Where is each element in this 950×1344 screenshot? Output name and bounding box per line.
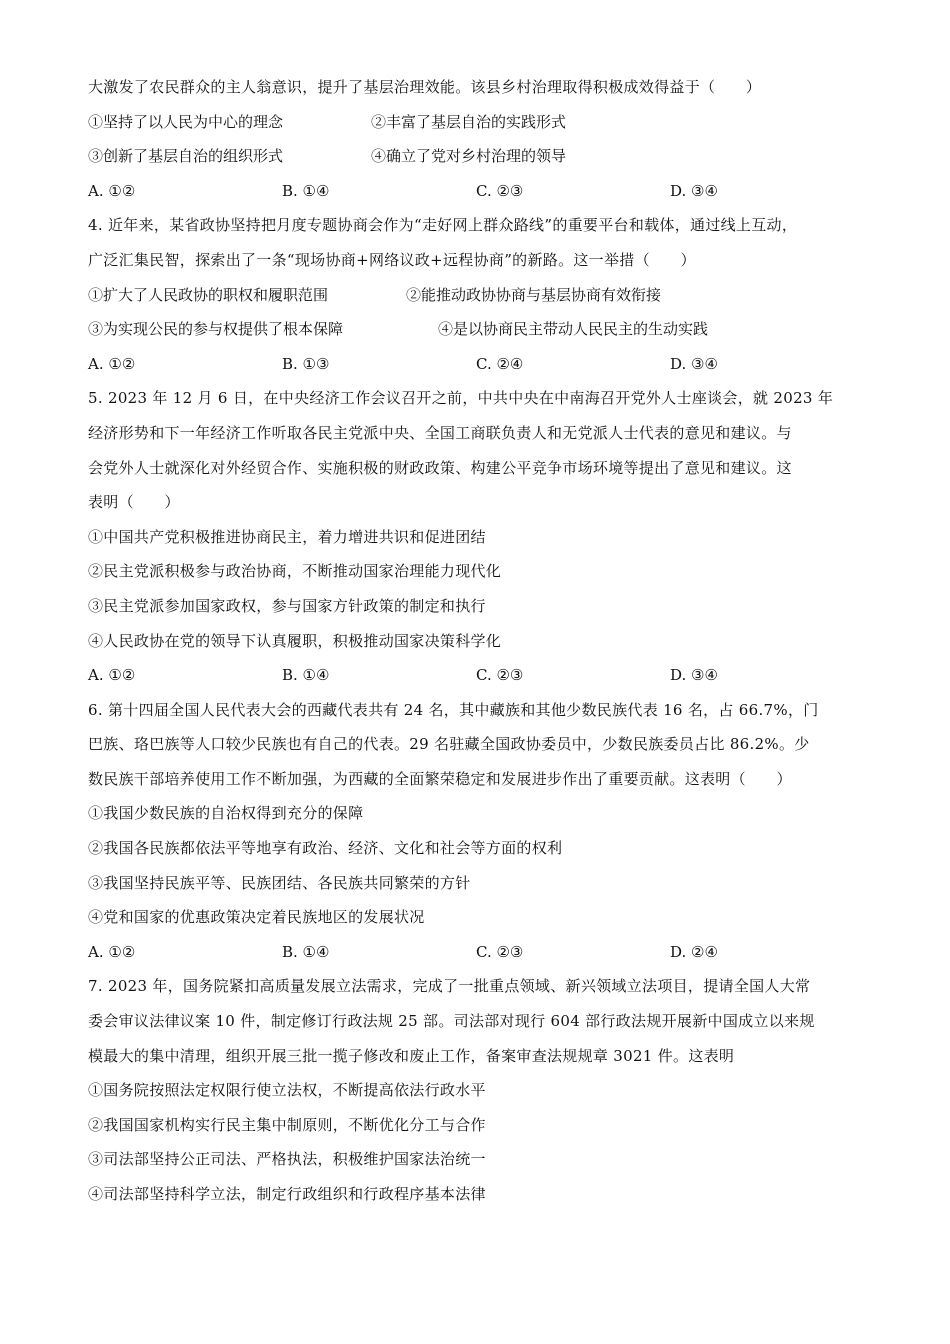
choice-c: C. ②③ xyxy=(476,935,670,970)
answer-choices: A. ①② B. ①④ C. ②③ D. ②④ xyxy=(88,935,868,970)
question-stem-line: 数民族干部培养使用工作不断加强，为西藏的全面繁荣稳定和发展进步作出了重要贡献。这… xyxy=(88,762,868,797)
statement-4: ④确立了党对乡村治理的领导 xyxy=(371,139,566,174)
question-stem-line: 广泛汇集民智，探索出了一条“现场协商+网络议政+远程协商”的新路。这一举措（ ） xyxy=(88,243,868,278)
choice-d: D. ③④ xyxy=(670,658,864,693)
choice-b: B. ①④ xyxy=(282,935,476,970)
statement-1: ①中国共产党积极推进协商民主，着力增进共识和促进团结 xyxy=(88,520,868,555)
choice-b: B. ①③ xyxy=(282,347,476,382)
choice-d: D. ③④ xyxy=(670,347,864,382)
statement-2: ②能推动政协协商与基层协商有效衔接 xyxy=(406,278,661,313)
question-stem-line: 大激发了农民群众的主人翁意识，提升了基层治理效能。该县乡村治理取得积极成效得益于… xyxy=(88,70,868,105)
statement-2: ②民主党派积极参与政治协商，不断推动国家治理能力现代化 xyxy=(88,554,868,589)
statement-4: ④人民政协在党的领导下认真履职，积极推动国家决策科学化 xyxy=(88,624,868,659)
question-4: 4. 近年来，某省政协坚持把月度专题协商会作为“走好网上群众路线”的重要平台和载… xyxy=(88,208,868,381)
statement-row: ①扩大了人民政协的职权和履职范围 ②能推动政协协商与基层协商有效衔接 xyxy=(88,278,868,313)
choice-b: B. ①④ xyxy=(282,658,476,693)
statement-3: ③司法部坚持公正司法、严格执法，积极维护国家法治统一 xyxy=(88,1142,868,1177)
choice-a: A. ①② xyxy=(88,935,282,970)
statement-1: ①坚持了以人民为中心的理念 xyxy=(88,105,371,140)
choice-a: A. ①② xyxy=(88,658,282,693)
statement-1: ①我国少数民族的自治权得到充分的保障 xyxy=(88,796,868,831)
question-stem-line: 会党外人士就深化对外经贸合作、实施积极的财政政策、构建公平竞争市场环境等提出了意… xyxy=(88,451,868,486)
statement-2: ②我国国家机构实行民主集中制原则，不断优化分工与合作 xyxy=(88,1108,868,1143)
statement-3: ③民主党派参加国家政权，参与国家方针政策的制定和执行 xyxy=(88,589,868,624)
statement-2: ②丰富了基层自治的实践形式 xyxy=(371,105,566,140)
statement-row: ①坚持了以人民为中心的理念 ②丰富了基层自治的实践形式 xyxy=(88,105,868,140)
statement-1: ①国务院按照法定权限行使立法权，不断提高依法行政水平 xyxy=(88,1073,868,1108)
choice-d: D. ②④ xyxy=(670,935,864,970)
choice-c: C. ②④ xyxy=(476,347,670,382)
question-stem-line: 5. 2023 年 12 月 6 日，在中央经济工作会议召开之前，中共中央在中南… xyxy=(88,381,868,416)
choice-c: C. ②③ xyxy=(476,658,670,693)
question-6: 6. 第十四届全国人民代表大会的西藏代表共有 24 名，其中藏族和其他少数民族代… xyxy=(88,693,868,970)
statement-1: ①扩大了人民政协的职权和履职范围 xyxy=(88,278,406,313)
question-stem-line: 6. 第十四届全国人民代表大会的西藏代表共有 24 名，其中藏族和其他少数民族代… xyxy=(88,693,868,728)
choice-b: B. ①④ xyxy=(282,174,476,209)
statement-3: ③为实现公民的参与权提供了根本保障 xyxy=(88,312,438,347)
exam-page: 大激发了农民群众的主人翁意识，提升了基层治理效能。该县乡村治理取得积极成效得益于… xyxy=(88,70,868,1212)
choice-d: D. ③④ xyxy=(670,174,864,209)
answer-choices: A. ①② B. ①④ C. ②③ D. ③④ xyxy=(88,174,868,209)
question-stem-line: 模最大的集中清理，组织开展三批一揽子修改和废止工作，备案审查法规规章 3021 … xyxy=(88,1039,868,1074)
statement-row: ③为实现公民的参与权提供了根本保障 ④是以协商民主带动人民民主的生动实践 xyxy=(88,312,868,347)
question-5: 5. 2023 年 12 月 6 日，在中央经济工作会议召开之前，中共中央在中南… xyxy=(88,381,868,692)
choice-a: A. ①② xyxy=(88,174,282,209)
statement-3: ③我国坚持民族平等、民族团结、各民族共同繁荣的方针 xyxy=(88,866,868,901)
answer-choices: A. ①② B. ①④ C. ②③ D. ③④ xyxy=(88,658,868,693)
answer-choices: A. ①② B. ①③ C. ②④ D. ③④ xyxy=(88,347,868,382)
question-3: 大激发了农民群众的主人翁意识，提升了基层治理效能。该县乡村治理取得积极成效得益于… xyxy=(88,70,868,208)
statement-4: ④司法部坚持科学立法，制定行政组织和行政程序基本法律 xyxy=(88,1177,868,1212)
choice-a: A. ①② xyxy=(88,347,282,382)
question-stem-line: 经济形势和下一年经济工作听取各民主党派中央、全国工商联负责人和无党派人士代表的意… xyxy=(88,416,868,451)
statement-4: ④党和国家的优惠政策决定着民族地区的发展状况 xyxy=(88,900,868,935)
question-7: 7. 2023 年，国务院紧扣高质量发展立法需求，完成了一批重点领域、新兴领域立… xyxy=(88,969,868,1211)
question-stem-line: 表明（ ） xyxy=(88,485,868,520)
question-stem-line: 7. 2023 年，国务院紧扣高质量发展立法需求，完成了一批重点领域、新兴领域立… xyxy=(88,969,868,1004)
statement-3: ③创新了基层自治的组织形式 xyxy=(88,139,371,174)
question-stem-line: 委会审议法律议案 10 件，制定修订行政法规 25 部。司法部对现行 604 部… xyxy=(88,1004,868,1039)
question-stem-line: 4. 近年来，某省政协坚持把月度专题协商会作为“走好网上群众路线”的重要平台和载… xyxy=(88,208,868,243)
statement-2: ②我国各民族都依法平等地享有政治、经济、文化和社会等方面的权利 xyxy=(88,831,868,866)
statement-4: ④是以协商民主带动人民民主的生动实践 xyxy=(438,312,708,347)
choice-c: C. ②③ xyxy=(476,174,670,209)
statement-row: ③创新了基层自治的组织形式 ④确立了党对乡村治理的领导 xyxy=(88,139,868,174)
question-stem-line: 巴族、珞巴族等人口较少民族也有自己的代表。29 名驻藏全国政协委员中，少数民族委… xyxy=(88,727,868,762)
